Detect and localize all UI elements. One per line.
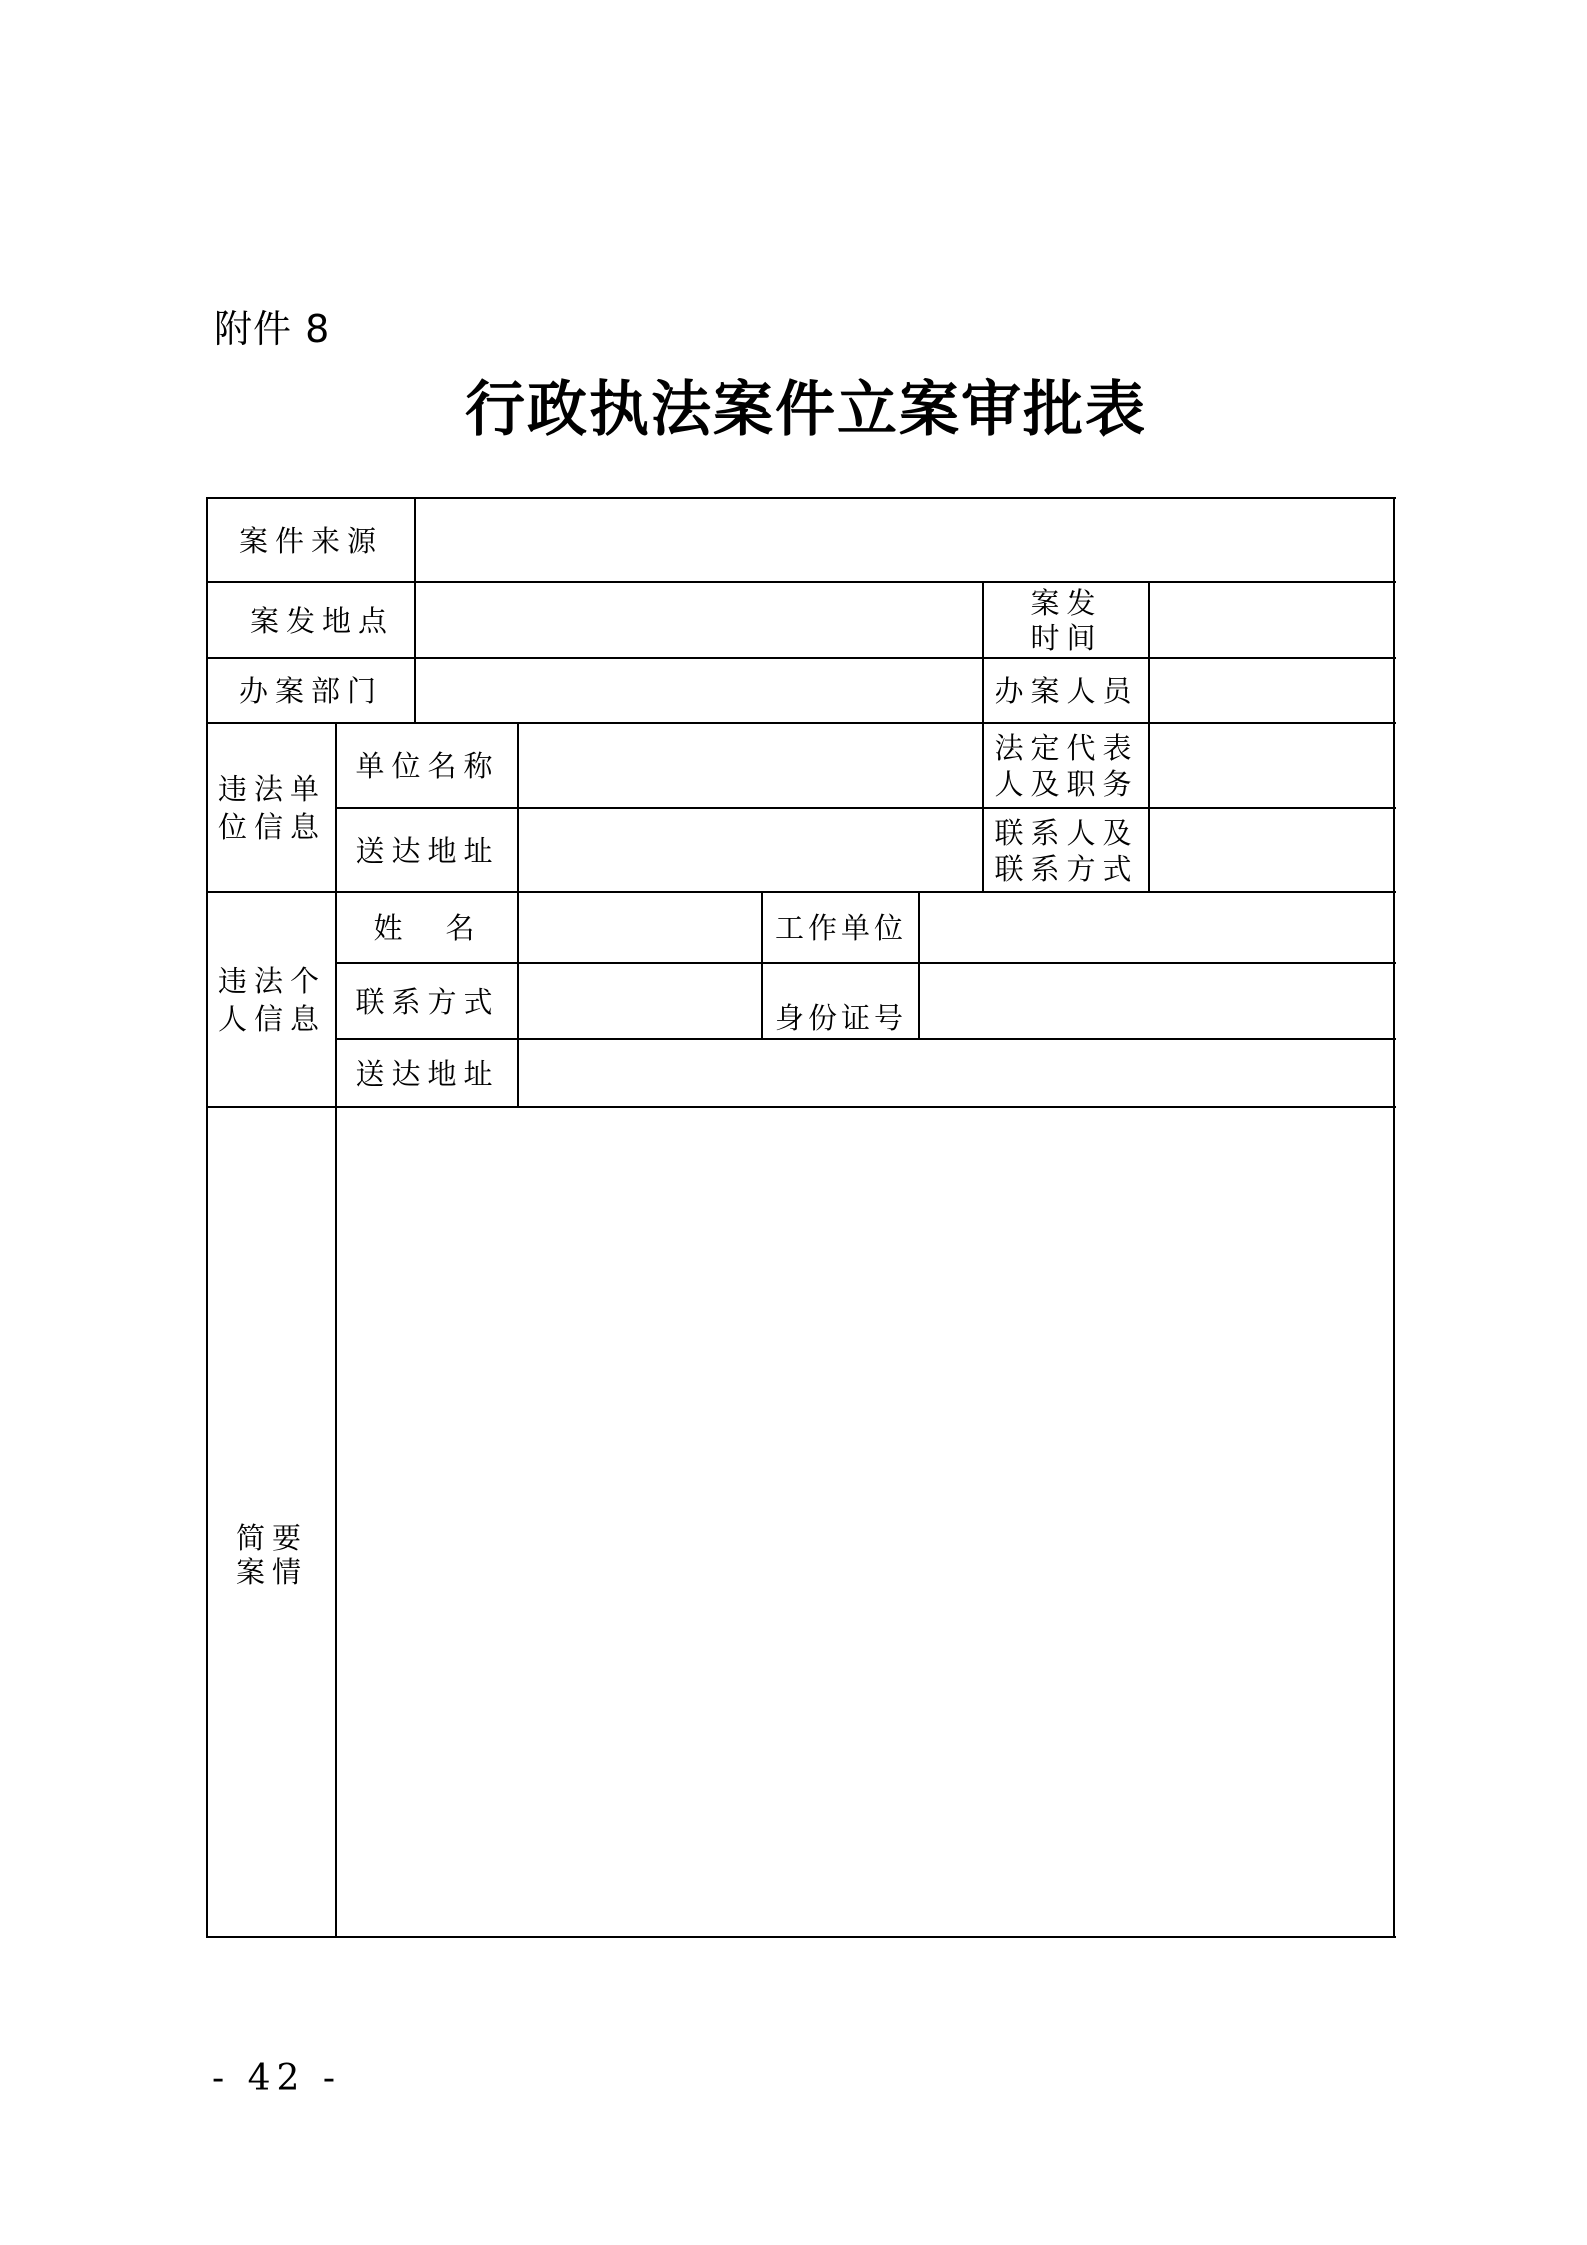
handling-department-field[interactable] (416, 659, 982, 722)
page-number: - 42 - (212, 2058, 341, 2099)
individual-name-label: 姓 名 (337, 893, 518, 963)
id-number-label: 身份证号 (763, 964, 919, 1039)
entity-name-field[interactable] (519, 724, 982, 807)
table-border-bottom (207, 1936, 1396, 1938)
entity-contact-label-line1: 联系人及 (994, 815, 1138, 851)
violating-individual-label-line2: 人信息 (218, 1000, 326, 1038)
attachment-label: 附件 8 (214, 298, 330, 353)
individual-name-field[interactable] (519, 893, 761, 962)
legal-rep-label: 法定代表 人及职务 (984, 724, 1149, 808)
violating-individual-label-line1: 违法个 (218, 962, 326, 1000)
page-title: 行政执法案件立案审批表 (0, 362, 1587, 448)
legal-rep-label-line1: 法定代表 (994, 730, 1138, 766)
case-summary-label: 简要 案情 (208, 1515, 336, 1595)
contact-method-label: 联系方式 (337, 964, 518, 1039)
entity-contact-field[interactable] (1150, 809, 1393, 891)
violating-entity-label-line2: 位信息 (218, 808, 326, 846)
legal-rep-label-line2: 人及职务 (994, 766, 1138, 802)
case-summary-label-line1: 简要 (236, 1521, 308, 1555)
case-summary-field[interactable] (337, 1108, 1393, 1936)
entity-service-address-field[interactable] (519, 809, 982, 891)
incident-time-field[interactable] (1150, 583, 1393, 657)
case-source-field[interactable] (416, 499, 1393, 581)
entity-contact-label: 联系人及 联系方式 (984, 809, 1149, 892)
incident-time-label-line1: 案发 (1030, 586, 1102, 621)
handling-department-label: 办案部门 (207, 659, 415, 723)
table-border-right (1393, 497, 1395, 1938)
incident-time-label-line2: 时间 (1030, 621, 1102, 656)
incident-time-label: 案发 时间 (984, 583, 1149, 658)
individual-service-address-field[interactable] (519, 1040, 1393, 1106)
id-number-field[interactable] (920, 964, 1393, 1038)
incident-location-label: 案发地点 (218, 583, 426, 658)
entity-name-label: 单位名称 (337, 724, 518, 808)
incident-location-field[interactable] (416, 583, 982, 657)
violating-individual-group-label: 违法个 人信息 (208, 893, 336, 1107)
violating-entity-label-line1: 违法单 (218, 770, 326, 808)
workplace-label: 工作单位 (763, 893, 919, 963)
contact-method-field[interactable] (519, 964, 761, 1038)
handling-personnel-label: 办案人员 (984, 659, 1149, 723)
legal-rep-field[interactable] (1150, 724, 1393, 807)
individual-service-address-label: 送达地址 (337, 1040, 518, 1107)
handling-personnel-field[interactable] (1150, 659, 1393, 722)
entity-service-address-label: 送达地址 (337, 809, 518, 892)
entity-contact-label-line2: 联系方式 (994, 851, 1138, 887)
case-summary-label-line2: 案情 (236, 1555, 308, 1589)
case-source-label: 案件来源 (207, 499, 415, 582)
workplace-field[interactable] (920, 893, 1393, 962)
violating-entity-group-label: 违法单 位信息 (208, 724, 336, 892)
